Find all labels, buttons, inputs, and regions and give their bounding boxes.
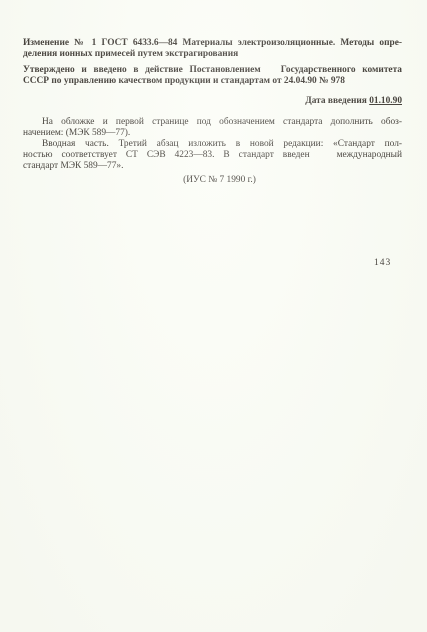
amendment-title-line: Изменение № 1 ГОСТ 6433.6—84 Материалы э… xyxy=(23,38,402,49)
approval-paragraph: Утверждено и введено в действие Постанов… xyxy=(23,65,402,87)
body-line: стандарт МЭК 589—77». xyxy=(23,161,402,172)
approval-line: Утверждено и введено в действие Постанов… xyxy=(23,65,402,76)
page-number: 143 xyxy=(374,258,391,268)
body-line: Вводная часть. Третий абзац изложить в н… xyxy=(23,139,402,150)
effective-date-value: 01.10.90 xyxy=(369,96,402,106)
body-paragraph-2: Вводная часть. Третий абзац изложить в н… xyxy=(23,139,402,172)
body-paragraph-1: На обложке и первой странице под обознач… xyxy=(23,117,402,139)
body-line: На обложке и первой странице под обознач… xyxy=(23,117,402,128)
document-text-block: Изменение № 1 ГОСТ 6433.6—84 Материалы э… xyxy=(23,38,402,186)
amendment-title-line: деления ионных примесей путем экстрагиро… xyxy=(23,49,402,60)
effective-date-label: Дата введения xyxy=(305,96,367,106)
amendment-title: Изменение № 1 ГОСТ 6433.6—84 Материалы э… xyxy=(23,38,402,60)
effective-date-line: Дата введения 01.10.90 xyxy=(23,96,402,107)
source-note: (ИУС № 7 1990 г.) xyxy=(23,175,402,186)
approval-line: СССР по управлению качеством продукции и… xyxy=(23,76,402,87)
body-line: ностью соответствует СТ СЭВ 4223—83. В с… xyxy=(23,150,402,161)
document-page: Изменение № 1 ГОСТ 6433.6—84 Материалы э… xyxy=(0,0,427,632)
body-line: начением: (МЭК 589—77). xyxy=(23,128,402,139)
